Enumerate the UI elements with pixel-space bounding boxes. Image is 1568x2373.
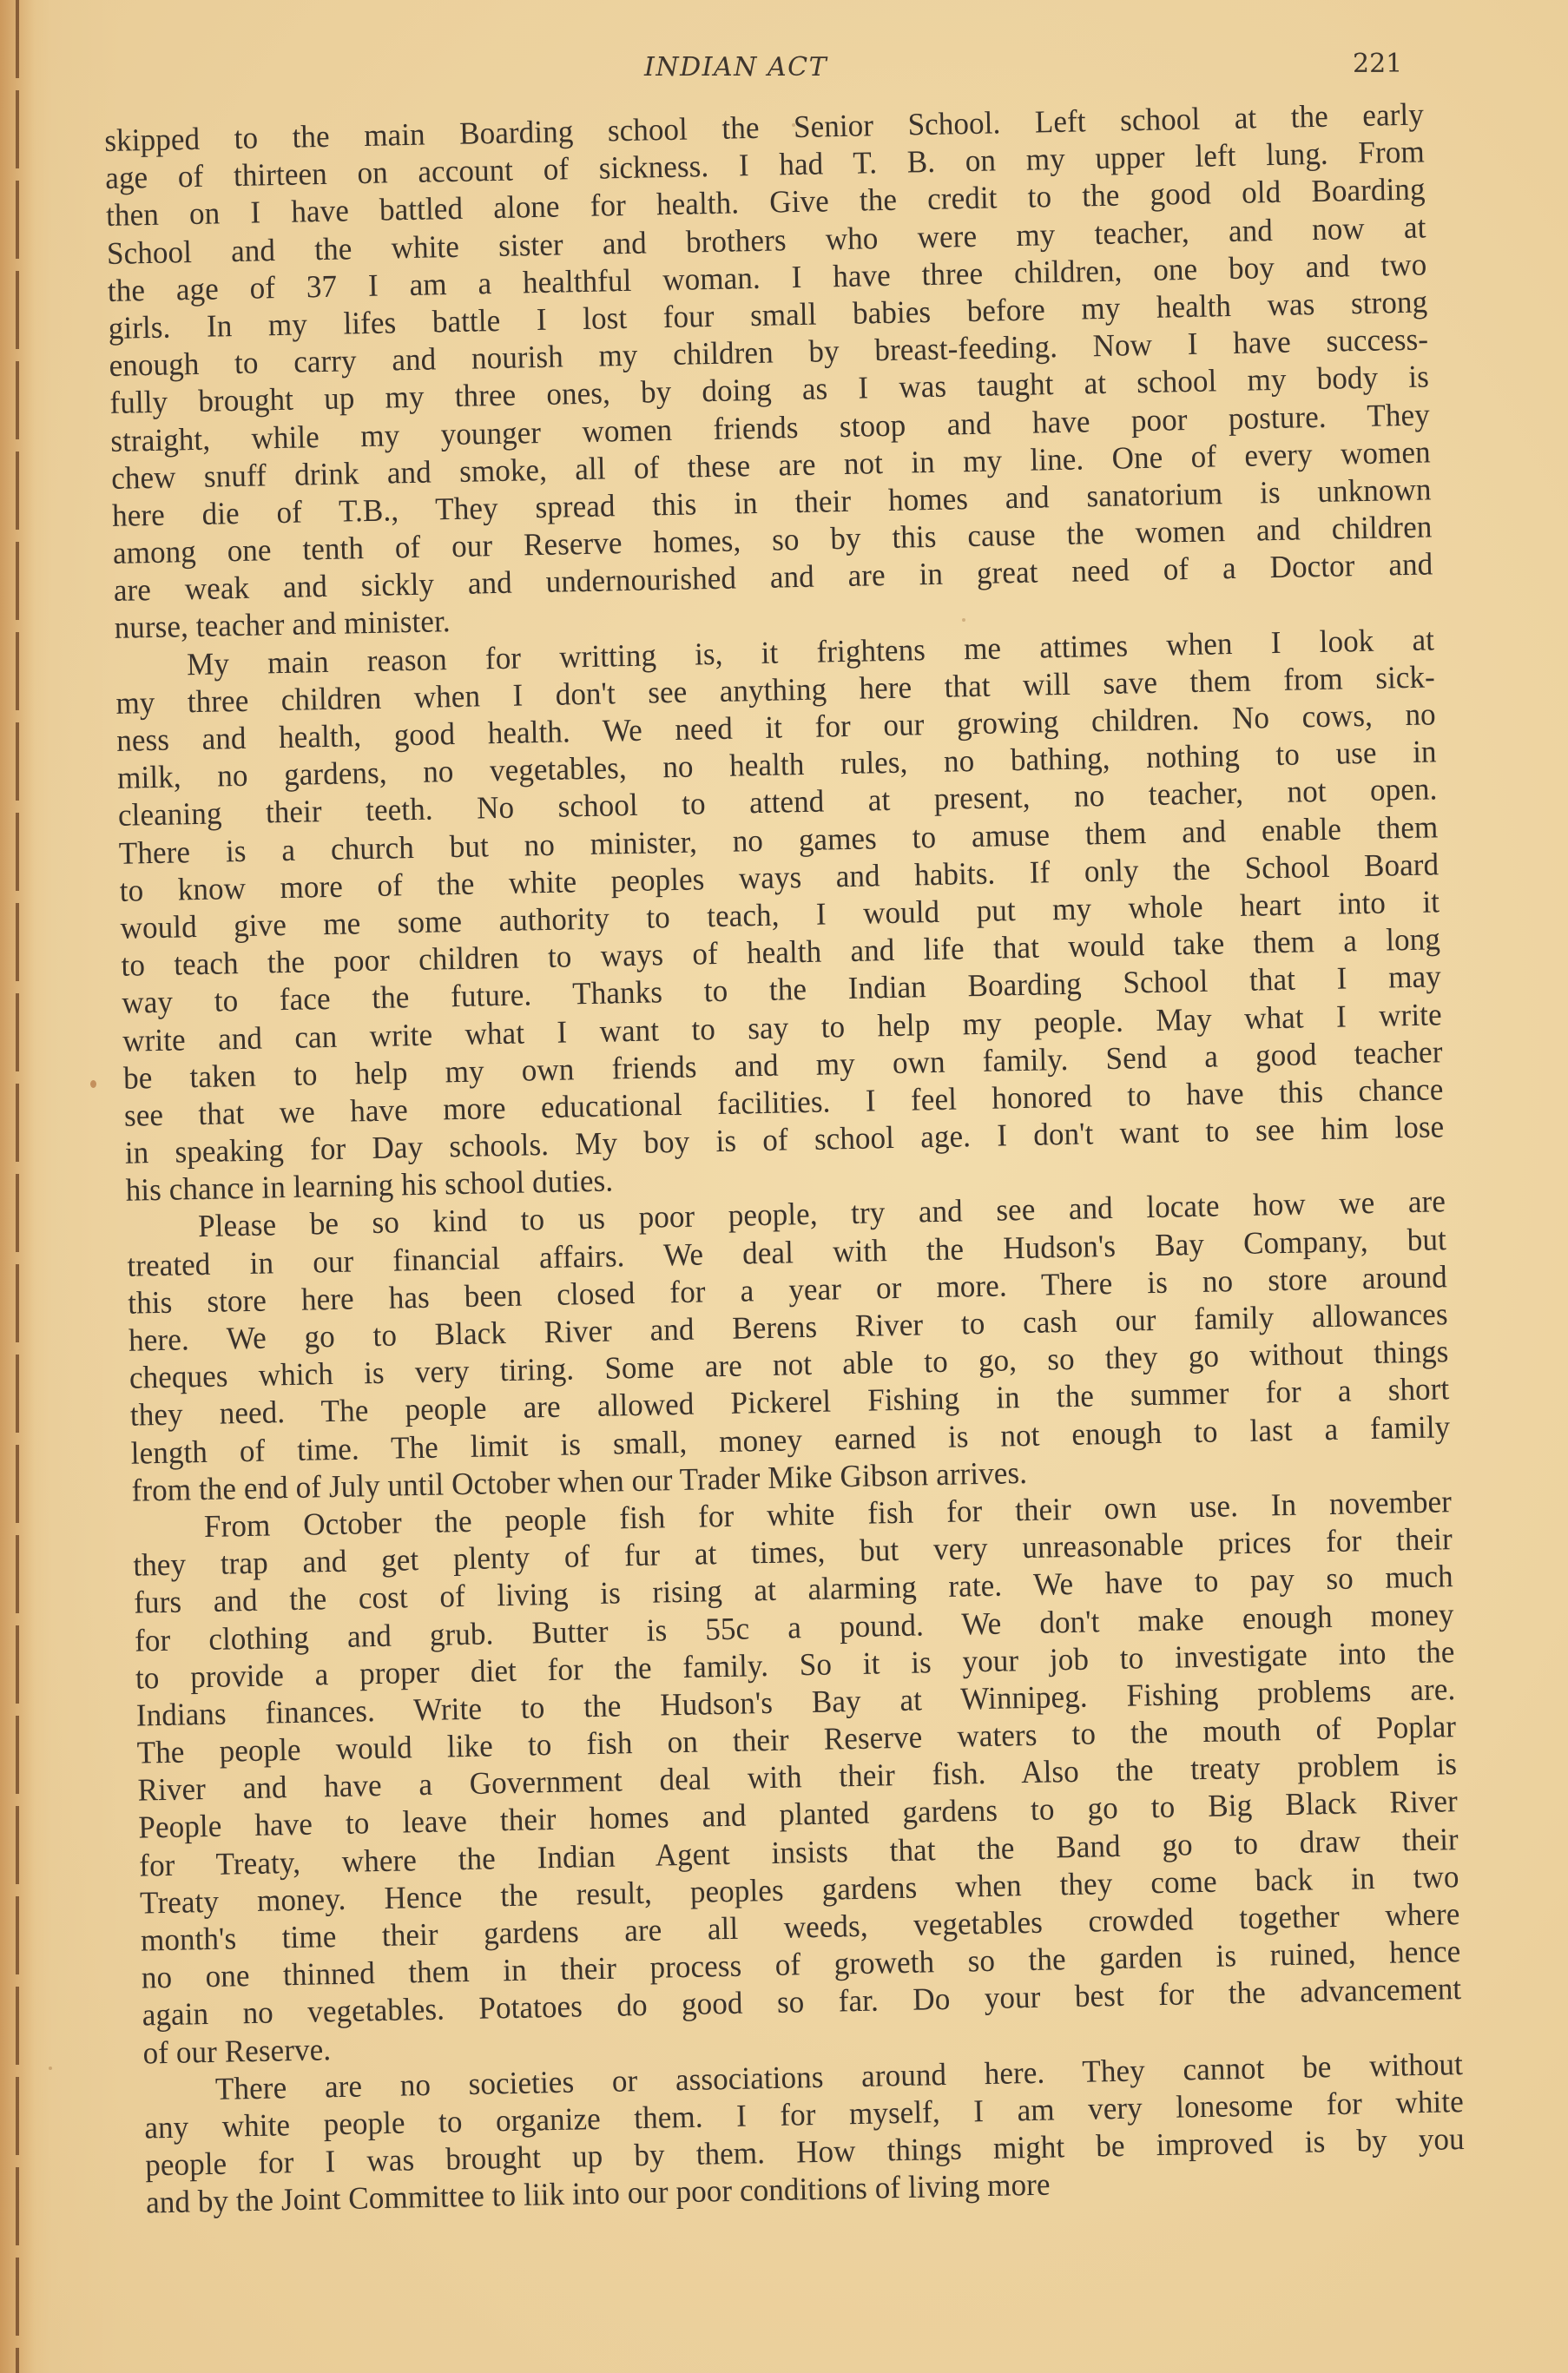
- paragraph: skipped to the main Boarding school the …: [104, 95, 1434, 646]
- book-page: INDIAN ACT 221 skipped to the main Board…: [0, 0, 1568, 2373]
- paper-speck: [90, 1080, 96, 1088]
- binding-stitch-line: [16, 0, 19, 2373]
- page-number: 221: [1353, 49, 1402, 79]
- paragraph: There are no societies or associations a…: [143, 2045, 1466, 2221]
- paragraph: From October the people fish for white f…: [132, 1482, 1463, 2071]
- running-title: INDIAN ACT: [644, 52, 827, 82]
- body-text: skipped to the main Boarding school the …: [104, 95, 1466, 2221]
- running-head: INDIAN ACT 221: [0, 49, 1568, 92]
- paragraph: Please be so kind to us poor people, try…: [126, 1183, 1452, 1509]
- paper-speck: [49, 2066, 52, 2070]
- paragraph: My main reason for writting is, it frigh…: [115, 620, 1446, 1209]
